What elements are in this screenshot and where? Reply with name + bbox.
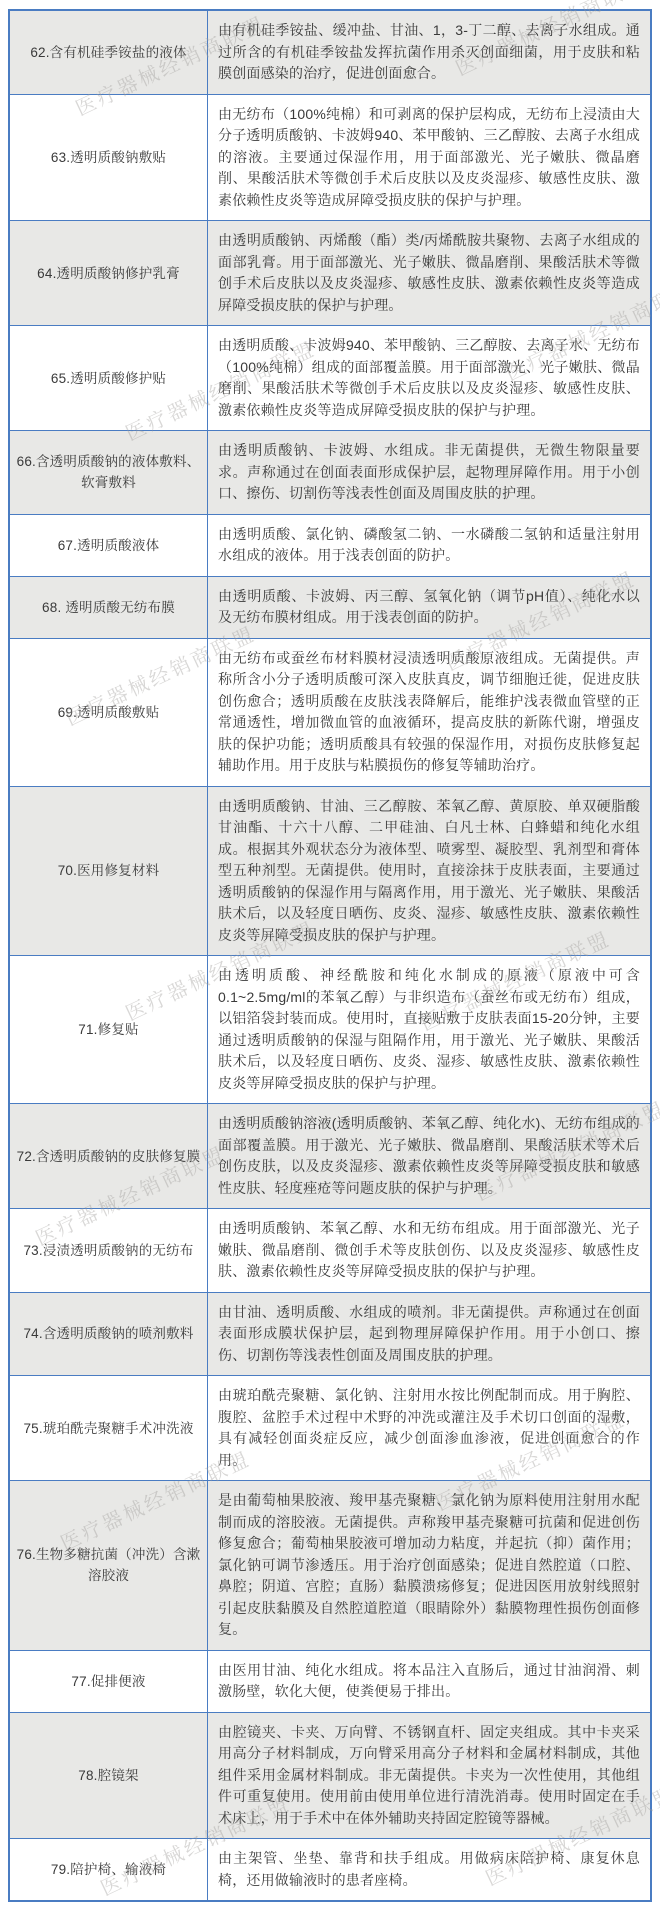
table-row: 73.浸渍透明质酸钠的无纺布由透明质酸钠、苯氧乙醇、水和无纺布组成。用于面部激光… bbox=[9, 1209, 651, 1293]
table-row: 79.陪护椅、输液椅由主架管、坐垫、靠背和扶手组成。用做病床陪护椅、康复休息椅，… bbox=[9, 1839, 651, 1902]
device-name-cell: 66.含透明质酸钠的液体敷料、软膏敷料 bbox=[9, 431, 208, 515]
table-row: 65.透明质酸修护贴由透明质酸、卡波姆940、苯甲酸钠、三乙醇胺、去离子水、无纺… bbox=[9, 326, 651, 431]
device-name-cell: 79.陪护椅、输液椅 bbox=[9, 1839, 208, 1902]
table-row: 68. 透明质酸无纺布膜由透明质酸、卡波姆、丙三醇、氢氧化钠（调节pH值）、纯化… bbox=[9, 576, 651, 638]
device-table-body: 62.含有机硅季铵盐的液体由有机硅季铵盐、缓冲盐、甘油、1，3-丁二醇、去离子水… bbox=[9, 10, 651, 1901]
device-name-cell: 68. 透明质酸无纺布膜 bbox=[9, 576, 208, 638]
device-description-cell: 由透明质酸、神经酰胺和纯化水制成的原液（原液中可含0.1~2.5mg/ml的苯氧… bbox=[208, 956, 652, 1104]
table-row: 69.透明质酸敷贴由无纺布或蚕丝布材料膜材浸渍透明质酸原液组成。无菌提供。声称所… bbox=[9, 638, 651, 786]
table-row: 67.透明质酸液体由透明质酸、氯化钠、磷酸氢二钠、一水磷酸二氢钠和适量注射用水组… bbox=[9, 514, 651, 576]
table-row: 62.含有机硅季铵盐的液体由有机硅季铵盐、缓冲盐、甘油、1，3-丁二醇、去离子水… bbox=[9, 10, 651, 94]
device-description-cell: 由甘油、透明质酸、水组成的喷剂。非无菌提供。声称通过在创面表面形成膜状保护层，起… bbox=[208, 1292, 652, 1376]
device-description-cell: 由透明质酸钠、苯氧乙醇、水和无纺布组成。用于面部激光、光子嫩肤、微晶磨削、微创手… bbox=[208, 1209, 652, 1293]
table-row: 66.含透明质酸钠的液体敷料、软膏敷料由透明质酸钠、卡波姆、水组成。非无菌提供，… bbox=[9, 431, 651, 515]
device-description-cell: 由无纺布或蚕丝布材料膜材浸渍透明质酸原液组成。无菌提供。声称所含小分子透明质酸可… bbox=[208, 638, 652, 786]
table-row: 71.修复贴由透明质酸、神经酰胺和纯化水制成的原液（原液中可含0.1~2.5mg… bbox=[9, 956, 651, 1104]
table-row: 74.含透明质酸钠的喷剂敷料由甘油、透明质酸、水组成的喷剂。非无菌提供。声称通过… bbox=[9, 1292, 651, 1376]
device-description-cell: 由有机硅季铵盐、缓冲盐、甘油、1，3-丁二醇、去离子水组成。通过所含的有机硅季铵… bbox=[208, 10, 652, 94]
device-name-cell: 67.透明质酸液体 bbox=[9, 514, 208, 576]
device-name-cell: 75.琥珀酰壳聚糖手术冲洗液 bbox=[9, 1376, 208, 1481]
device-name-cell: 62.含有机硅季铵盐的液体 bbox=[9, 10, 208, 94]
device-name-cell: 70.医用修复材料 bbox=[9, 786, 208, 956]
table-row: 76.生物多糖抗菌（冲洗）含漱溶胶液是由葡萄柚果胶液、羧甲基壳聚糖、氯化钠为原料… bbox=[9, 1481, 651, 1651]
device-description-cell: 由透明质酸、氯化钠、磷酸氢二钠、一水磷酸二氢钠和适量注射用水组成的液体。用于浅表… bbox=[208, 514, 652, 576]
table-row: 78.腔镜架由腔镜夹、卡夹、万向臂、不锈钢直杆、固定夹组成。其中卡夹采用高分子材… bbox=[9, 1712, 651, 1839]
device-description-cell: 由琥珀酰壳聚糖、氯化钠、注射用水按比例配制而成。用于胸腔、腹腔、盆腔手术过程中术… bbox=[208, 1376, 652, 1481]
table-row: 72.含透明质酸钠的皮肤修复膜由透明质酸钠溶液(透明质酸钠、苯氧乙醇、纯化水)、… bbox=[9, 1104, 651, 1209]
device-name-cell: 73.浸渍透明质酸钠的无纺布 bbox=[9, 1209, 208, 1293]
device-name-cell: 77.促排便液 bbox=[9, 1650, 208, 1712]
device-description-cell: 由医用甘油、纯化水组成。将本品注入直肠后，通过甘油润滑、刺激肠壁，软化大便，使粪… bbox=[208, 1650, 652, 1712]
device-description-cell: 由透明质酸钠溶液(透明质酸钠、苯氧乙醇、纯化水)、无纺布组成的面部覆盖膜。用于激… bbox=[208, 1104, 652, 1209]
device-name-cell: 74.含透明质酸钠的喷剂敷料 bbox=[9, 1292, 208, 1376]
device-name-cell: 71.修复贴 bbox=[9, 956, 208, 1104]
device-name-cell: 72.含透明质酸钠的皮肤修复膜 bbox=[9, 1104, 208, 1209]
device-description-cell: 由无纺布（100%纯棉）和可剥离的保护层构成，无纺布上浸渍由大分子透明质酸钠、卡… bbox=[208, 94, 652, 221]
device-table: 62.含有机硅季铵盐的液体由有机硅季铵盐、缓冲盐、甘油、1，3-丁二醇、去离子水… bbox=[8, 9, 652, 1902]
device-name-cell: 63.透明质酸钠敷贴 bbox=[9, 94, 208, 221]
table-row: 77.促排便液由医用甘油、纯化水组成。将本品注入直肠后，通过甘油润滑、刺激肠壁，… bbox=[9, 1650, 651, 1712]
device-description-cell: 由主架管、坐垫、靠背和扶手组成。用做病床陪护椅、康复休息椅，还用做输液时的患者座… bbox=[208, 1839, 652, 1902]
device-description-cell: 是由葡萄柚果胶液、羧甲基壳聚糖、氯化钠为原料使用注射用水配制而成的溶胶液。无菌提… bbox=[208, 1481, 652, 1651]
table-row: 63.透明质酸钠敷贴由无纺布（100%纯棉）和可剥离的保护层构成，无纺布上浸渍由… bbox=[9, 94, 651, 221]
device-description-cell: 由透明质酸钠、丙烯酸（酯）类/丙烯酰胺共聚物、去离子水组成的面部乳膏。用于面部激… bbox=[208, 221, 652, 326]
device-name-cell: 69.透明质酸敷贴 bbox=[9, 638, 208, 786]
device-description-cell: 由腔镜夹、卡夹、万向臂、不锈钢直杆、固定夹组成。其中卡夹采用高分子材料制成，万向… bbox=[208, 1712, 652, 1839]
device-name-cell: 78.腔镜架 bbox=[9, 1712, 208, 1839]
document-page: 62.含有机硅季铵盐的液体由有机硅季铵盐、缓冲盐、甘油、1，3-丁二醇、去离子水… bbox=[0, 0, 660, 1908]
device-description-cell: 由透明质酸、卡波姆、丙三醇、氢氧化钠（调节pH值）、纯化水以及无纺布膜材组成。用… bbox=[208, 576, 652, 638]
table-row: 70.医用修复材料由透明质酸钠、甘油、三乙醇胺、苯氧乙醇、黄原胶、单双硬脂酸甘油… bbox=[9, 786, 651, 956]
table-row: 64.透明质酸钠修护乳膏由透明质酸钠、丙烯酸（酯）类/丙烯酰胺共聚物、去离子水组… bbox=[9, 221, 651, 326]
table-row: 75.琥珀酰壳聚糖手术冲洗液由琥珀酰壳聚糖、氯化钠、注射用水按比例配制而成。用于… bbox=[9, 1376, 651, 1481]
device-name-cell: 64.透明质酸钠修护乳膏 bbox=[9, 221, 208, 326]
device-name-cell: 76.生物多糖抗菌（冲洗）含漱溶胶液 bbox=[9, 1481, 208, 1651]
device-description-cell: 由透明质酸钠、甘油、三乙醇胺、苯氧乙醇、黄原胶、单双硬脂酸甘油酯、十六十八醇、二… bbox=[208, 786, 652, 956]
device-description-cell: 由透明质酸钠、卡波姆、水组成。非无菌提供，无微生物限量要求。声称通过在创面表面形… bbox=[208, 431, 652, 515]
device-description-cell: 由透明质酸、卡波姆940、苯甲酸钠、三乙醇胺、去离子水、无纺布（100%纯棉）组… bbox=[208, 326, 652, 431]
device-name-cell: 65.透明质酸修护贴 bbox=[9, 326, 208, 431]
